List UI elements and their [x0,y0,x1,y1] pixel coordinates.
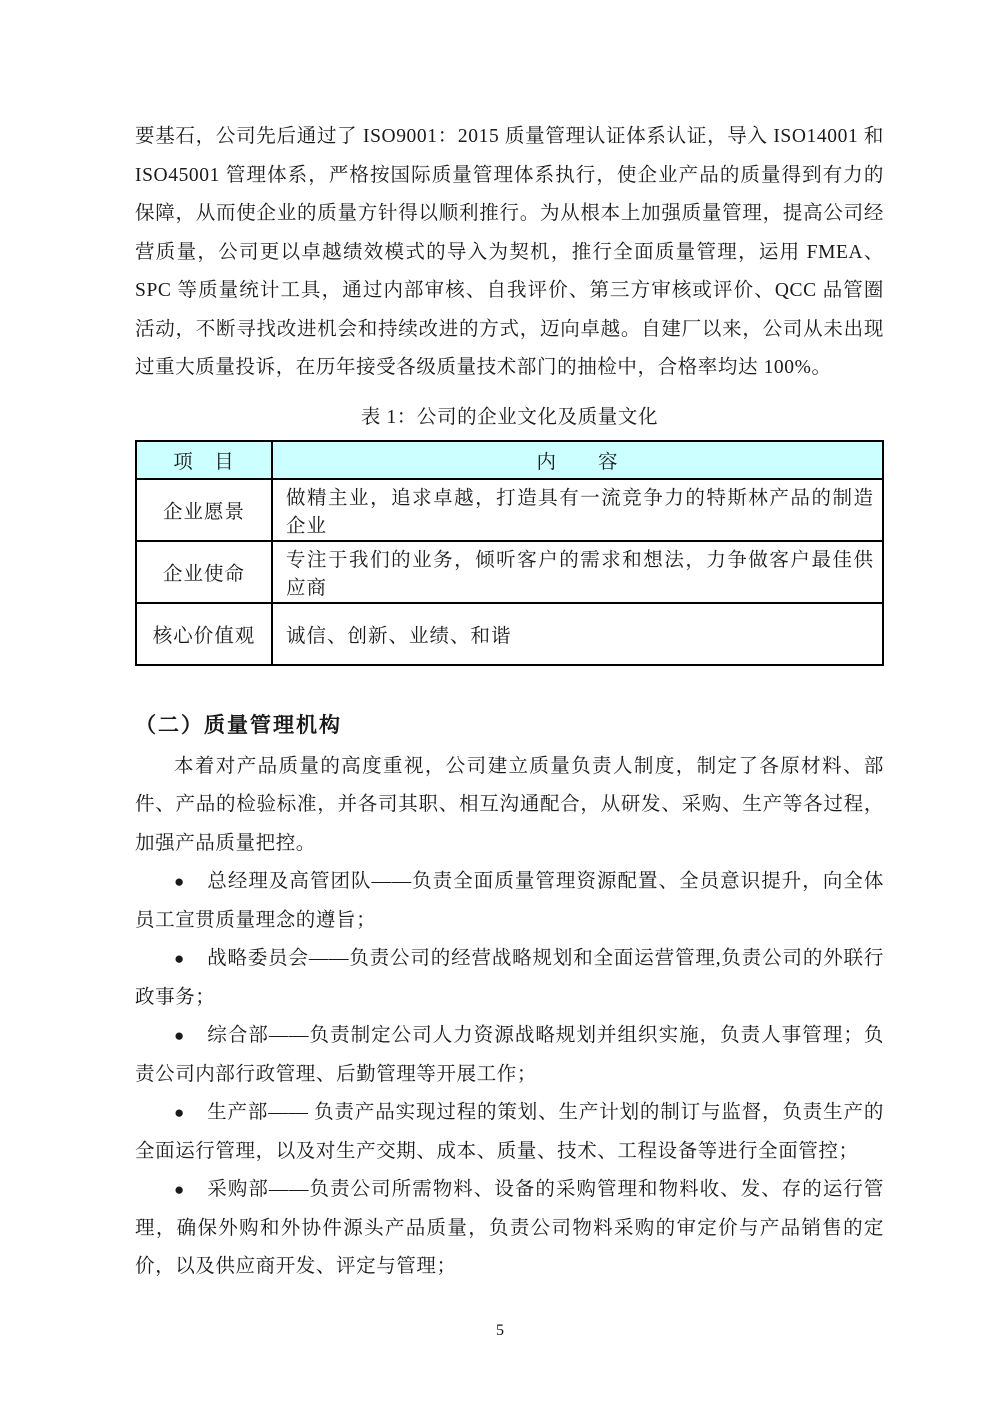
table-row: 企业使命 专注于我们的业务，倾听客户的需求和想法，力争做客户最佳供应商 [136,541,883,603]
bullet-text: 生产部—— 负责产品实现过程的策划、生产计划的制订与监督，负责生产的全面运行管理… [135,1102,884,1162]
bullet-text: 战略委员会——负责公司的经营战略规划和全面运营管理,负责公司的外联行政事务； [135,948,884,1008]
list-item: ●战略委员会——负责公司的经营战略规划和全面运营管理,负责公司的外联行政事务； [135,940,884,1017]
bullet-icon: ● [174,1017,185,1056]
list-item: ●生产部—— 负责产品实现过程的策划、生产计划的制订与监督，负责生产的全面运行管… [135,1094,884,1171]
table-header-row: 项 目 内 容 [136,441,883,479]
table-caption: 表 1：公司的企业文化及质量文化 [135,403,884,433]
culture-table: 项 目 内 容 企业愿景 做精主业，追求卓越，打造具有一流竞争力的特斯林产品的制… [135,440,884,666]
row-label-values: 核心价值观 [136,603,272,665]
section-lead-paragraph: 本着对产品质量的高度重视，公司建立质量负责人制度，制定了各原材料、部件、产品的检… [135,748,884,864]
row-label-mission: 企业使命 [136,541,272,603]
table-header-item: 项 目 [136,441,272,479]
row-label-vision: 企业愿景 [136,479,272,541]
list-item: ●采购部——负责公司所需物料、设备的采购管理和物料收、发、存的运行管理，确保外购… [135,1171,884,1287]
intro-paragraph: 要基石，公司先后通过了 ISO9001：2015 质量管理认证体系认证，导入 I… [135,118,884,388]
bullet-icon: ● [174,940,185,979]
bullet-text: 采购部——负责公司所需物料、设备的采购管理和物料收、发、存的运行管理，确保外购和… [135,1179,884,1277]
section-heading: （二）质量管理机构 [135,708,884,742]
table-row: 企业愿景 做精主业，追求卓越，打造具有一流竞争力的特斯林产品的制造企业 [136,479,883,541]
list-item: ●综合部——负责制定公司人力资源战略规划并组织实施，负责人事管理；负责公司内部行… [135,1017,884,1094]
row-content-vision: 做精主业，追求卓越，打造具有一流竞争力的特斯林产品的制造企业 [272,479,883,541]
table-row: 核心价值观 诚信、创新、业绩、和谐 [136,603,883,665]
table-header-content: 内 容 [272,441,883,479]
document-page: 要基石，公司先后通过了 ISO9001：2015 质量管理认证体系认证，导入 I… [0,0,1000,1414]
bullet-text: 综合部——负责制定公司人力资源战略规划并组织实施，负责人事管理；负责公司内部行政… [135,1025,884,1085]
row-content-mission: 专注于我们的业务，倾听客户的需求和想法，力争做客户最佳供应商 [272,541,883,603]
row-content-values: 诚信、创新、业绩、和谐 [272,603,883,665]
bullet-text: 总经理及高管团队——负责全面质量管理资源配置、全员意识提升，向全体员工宣贯质量理… [135,871,884,931]
bullet-icon: ● [174,1171,185,1210]
page-number: 5 [0,1322,1000,1340]
list-item: ●总经理及高管团队——负责全面质量管理资源配置、全员意识提升，向全体员工宣贯质量… [135,863,884,940]
bullet-icon: ● [174,1094,185,1133]
bullet-icon: ● [174,863,185,902]
